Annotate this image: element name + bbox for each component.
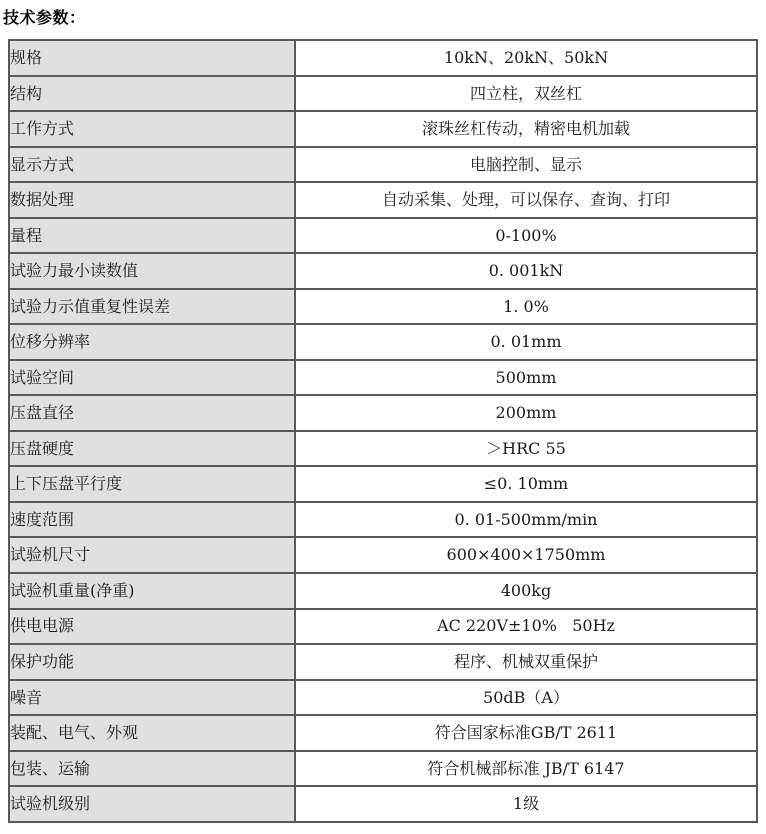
param-value-cell: 自动采集、处理，可以保存、查询、打印 [295, 182, 757, 218]
param-label-cell: 量程 [9, 218, 295, 254]
table-row: 压盘硬度 ＞HRC 55 [9, 431, 757, 467]
param-value-cell: 0. 01-500mm/min [295, 502, 757, 538]
table-row: 显示方式 电脑控制、显示 [9, 147, 757, 183]
param-label-cell: 上下压盘平行度 [9, 466, 295, 502]
param-value-cell: 滚珠丝杠传动，精密电机加载 [295, 111, 757, 147]
param-value-cell: 程序、机械双重保护 [295, 644, 757, 680]
table-row: 规格 10kN、20kN、50kN [9, 40, 757, 76]
table-row: 试验机级别 1级 [9, 786, 757, 822]
param-label-cell: 试验力示值重复性误差 [9, 289, 295, 325]
table-row: 工作方式 滚珠丝杠传动，精密电机加载 [9, 111, 757, 147]
param-label-cell: 工作方式 [9, 111, 295, 147]
table-row: 结构 四立柱，双丝杠 [9, 76, 757, 112]
param-value-cell: 符合机械部标准 JB/T 6147 [295, 751, 757, 787]
table-row: 压盘直径 200mm [9, 395, 757, 431]
table-row: 位移分辨率 0. 01mm [9, 324, 757, 360]
param-value-cell: 10kN、20kN、50kN [295, 40, 757, 76]
param-value-cell: AC 220V±10% 50Hz [295, 609, 757, 645]
param-label-cell: 位移分辨率 [9, 324, 295, 360]
param-label-cell: 试验空间 [9, 360, 295, 396]
table-row: 噪音 50dB（A） [9, 680, 757, 716]
param-value-cell: 0. 001kN [295, 253, 757, 289]
param-label-cell: 试验机重量(净重) [9, 573, 295, 609]
table-row: 保护功能 程序、机械双重保护 [9, 644, 757, 680]
param-label-cell: 规格 [9, 40, 295, 76]
param-label-cell: 数据处理 [9, 182, 295, 218]
param-value-cell: 600×400×1750mm [295, 537, 757, 573]
param-value-cell: ＞HRC 55 [295, 431, 757, 467]
param-value-cell: 0. 01mm [295, 324, 757, 360]
param-value-cell: 1级 [295, 786, 757, 822]
table-row: 数据处理 自动采集、处理，可以保存、查询、打印 [9, 182, 757, 218]
param-label-cell: 保护功能 [9, 644, 295, 680]
param-label-cell: 试验力最小读数值 [9, 253, 295, 289]
param-label-cell: 供电电源 [9, 609, 295, 645]
param-label-cell: 试验机尺寸 [9, 537, 295, 573]
param-value-cell: 电脑控制、显示 [295, 147, 757, 183]
table-row: 供电电源 AC 220V±10% 50Hz [9, 609, 757, 645]
table-row: 试验机重量(净重) 400kg [9, 573, 757, 609]
table-row: 试验力最小读数值 0. 001kN [9, 253, 757, 289]
param-label-cell: 包装、运输 [9, 751, 295, 787]
table-row: 试验力示值重复性误差 1. 0% [9, 289, 757, 325]
param-value-cell: ≤0. 10mm [295, 466, 757, 502]
page-title: 技术参数： [3, 5, 86, 28]
param-label-cell: 速度范围 [9, 502, 295, 538]
param-value-cell: 500mm [295, 360, 757, 396]
spec-table: 规格 10kN、20kN、50kN 结构 四立柱，双丝杠 工作方式 滚珠丝杠传动… [8, 39, 758, 823]
param-value-cell: 四立柱，双丝杠 [295, 76, 757, 112]
table-row: 上下压盘平行度 ≤0. 10mm [9, 466, 757, 502]
param-value-cell: 符合国家标准GB/T 2611 [295, 715, 757, 751]
table-row: 装配、电气、外观 符合国家标准GB/T 2611 [9, 715, 757, 751]
param-label-cell: 压盘硬度 [9, 431, 295, 467]
param-value-cell: 0-100% [295, 218, 757, 254]
table-row: 试验空间 500mm [9, 360, 757, 396]
param-value-cell: 1. 0% [295, 289, 757, 325]
param-label-cell: 噪音 [9, 680, 295, 716]
table-row: 试验机尺寸 600×400×1750mm [9, 537, 757, 573]
param-value-cell: 200mm [295, 395, 757, 431]
spec-table-body: 规格 10kN、20kN、50kN 结构 四立柱，双丝杠 工作方式 滚珠丝杠传动… [9, 40, 757, 822]
param-label-cell: 试验机级别 [9, 786, 295, 822]
table-row: 量程 0-100% [9, 218, 757, 254]
param-label-cell: 装配、电气、外观 [9, 715, 295, 751]
table-row: 包装、运输 符合机械部标准 JB/T 6147 [9, 751, 757, 787]
param-label-cell: 压盘直径 [9, 395, 295, 431]
param-value-cell: 400kg [295, 573, 757, 609]
param-value-cell: 50dB（A） [295, 680, 757, 716]
param-label-cell: 结构 [9, 76, 295, 112]
table-row: 速度范围 0. 01-500mm/min [9, 502, 757, 538]
param-label-cell: 显示方式 [9, 147, 295, 183]
